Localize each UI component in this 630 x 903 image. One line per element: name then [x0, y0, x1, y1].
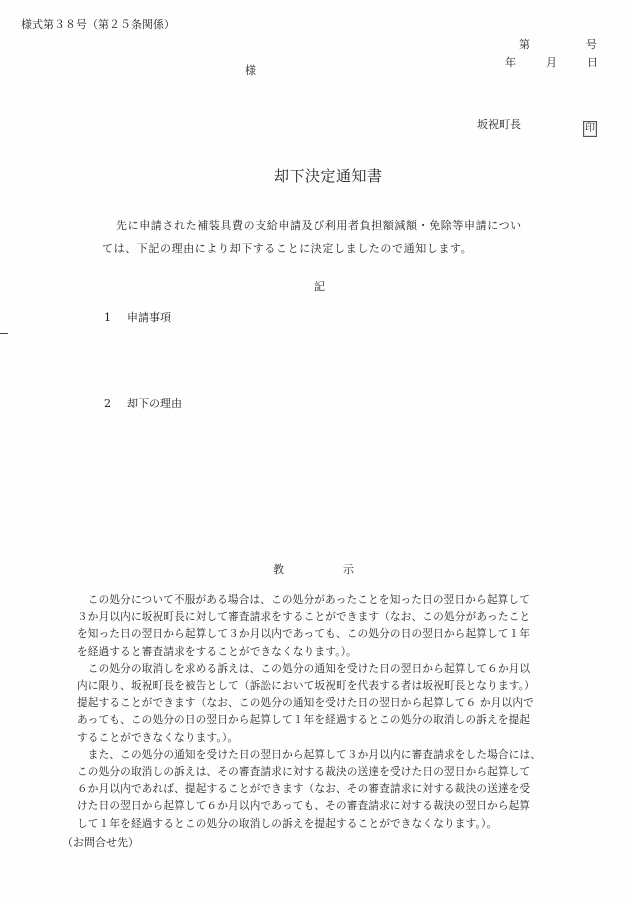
issuer-name: 坂祝町長 — [477, 118, 521, 131]
item-2-number: 2 — [104, 397, 111, 410]
notice-line: また、この処分の通知を受けた日の翌日から起算して３か月以内に審査請求をした場合に… — [77, 747, 541, 764]
item-1-label: 申請事項 — [127, 311, 171, 324]
number-prefix: 第 — [519, 38, 530, 51]
notice-line: ３か月以内に坂祝町長に対して審査請求をすることができます（なお、この処分があった… — [77, 609, 541, 626]
notice-line: して１年を経過するとこの処分の取消しの訴えを提起することができなくなります。）。 — [77, 816, 541, 833]
item-1-number: 1 — [104, 311, 111, 324]
seal-mark: 印 — [583, 121, 597, 137]
notice-line: ６か月以内であれば、提起することができます（なお、その審査請求に対する裁決の送達… — [77, 781, 541, 798]
body-line-1: 先に申請された補装具費の支給申請及び利用者負担額減額・免除等申請につい — [116, 218, 522, 233]
notice-heading-right: 示 — [343, 563, 354, 576]
notice-line: けた日の翌日から起算して６か月以内であっても、その審査請求に対する裁決の翌日から… — [77, 798, 541, 815]
notice-heading-left: 教 — [273, 563, 284, 576]
notice-line: あっても、この処分の日の翌日から起算して１年を経過するとこの処分の取消しの訴えを… — [77, 712, 541, 729]
notice-line: 提起することができます（なお、この処分の通知を受けた日の翌日から起算して６ か月… — [77, 695, 541, 712]
notice-line: することができなくなります。）。 — [77, 730, 541, 747]
inquiry-label: （お問合せ先） — [62, 836, 139, 849]
notice-line: を経過すると審査請求をすることができなくなります。）。 — [77, 644, 541, 661]
date-year: 年 — [505, 56, 516, 69]
number-suffix: 号 — [586, 38, 597, 51]
notice-line: を知った日の翌日から起算して３か月以内であっても、この処分の日の翌日から起算して… — [77, 626, 541, 643]
notice-body: この処分について不服がある場合は、この処分があったことを知った日の翌日から起算し… — [77, 592, 541, 833]
notice-line: この処分の取消しの訴えは、その審査請求に対する裁決の送達を受けた日の翌日から起算… — [77, 764, 541, 781]
notice-line: この処分の取消しを求める訴えは、この処分の通知を受けた日の翌日から起算して６か月… — [77, 661, 541, 678]
ki-heading: 記 — [314, 280, 325, 293]
date-day: 日 — [587, 56, 598, 69]
margin-mark — [0, 333, 8, 334]
body-line-2: ては、下記の理由により却下することに決定しましたので通知します。 — [102, 241, 472, 256]
notice-line: 内に限り、坂祝町長を被告として（訴訟において坂祝町を代表する者は坂祝町長となりま… — [77, 678, 541, 695]
date-month: 月 — [546, 56, 557, 69]
document-title: 却下決定通知書 — [274, 167, 383, 185]
form-number: 様式第３８号（第２５条関係） — [21, 18, 175, 31]
addressee-suffix: 様 — [245, 64, 256, 77]
item-2-label: 却下の理由 — [127, 397, 182, 410]
notice-line: この処分について不服がある場合は、この処分があったことを知った日の翌日から起算し… — [77, 592, 541, 609]
